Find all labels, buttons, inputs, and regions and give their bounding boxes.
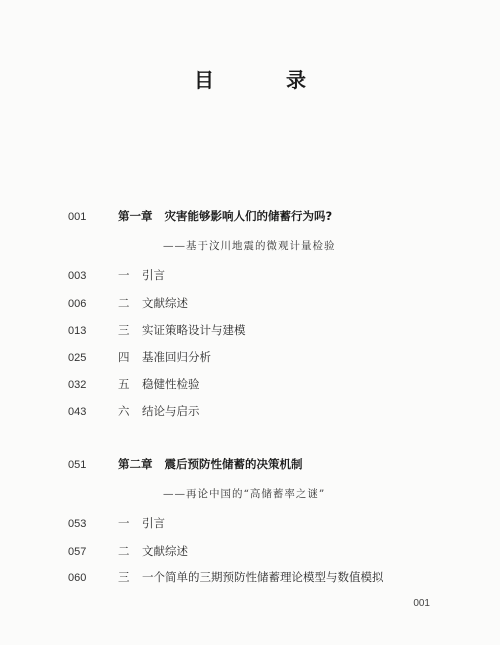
toc-section[interactable]: 013三实证策略设计与建模 [68,321,246,339]
toc-chapter-1[interactable]: 001第一章灾害能够影响人们的储蓄行为吗? [68,207,332,225]
toc-section[interactable]: 032五稳健性检验 [68,375,200,393]
section-number: 六 [118,402,142,420]
chapter-label: 第一章 [118,209,153,223]
section-number: 三 [118,321,142,339]
toc-section[interactable]: 060三一个简单的三期预防性储蓄理论模型与数值模拟 [68,568,384,586]
page-number: 053 [68,515,118,533]
page-number: 013 [68,322,118,340]
footer-page-number: 001 [413,598,430,609]
page-number: 060 [68,569,118,587]
page-number: 025 [68,349,118,367]
section-number: 一 [118,266,142,284]
page-number: 043 [68,403,118,421]
section-number: 一 [118,514,142,532]
toc-section[interactable]: 057二文献综述 [68,542,188,560]
chapter-title: 震后预防性储蓄的决策机制 [165,457,303,471]
chapter-label: 第二章 [118,457,153,471]
toc-section[interactable]: 006二文献综述 [68,294,188,312]
chapter-title: 灾害能够影响人们的储蓄行为吗? [165,209,333,223]
chapter-subtitle: ——基于汶川地震的微观计量检验 [163,238,336,253]
toc-section[interactable]: 053一引言 [68,514,165,532]
section-title: 文献综述 [142,544,188,558]
page-number: 051 [68,456,118,474]
toc-section[interactable]: 043六结论与启示 [68,402,200,420]
document-page: 目 录 001第一章灾害能够影响人们的储蓄行为吗? ——基于汶川地震的微观计量检… [0,0,500,645]
toc-chapter-2[interactable]: 051第二章震后预防性储蓄的决策机制 [68,455,303,473]
toc-section[interactable]: 003一引言 [68,266,165,284]
page-number: 032 [68,376,118,394]
section-title: 文献综述 [142,296,188,310]
page-number: 057 [68,543,118,561]
section-title: 一个简单的三期预防性储蓄理论模型与数值模拟 [142,570,384,584]
page-number: 003 [68,267,118,285]
section-number: 二 [118,542,142,560]
page-number: 001 [68,208,118,226]
page-number: 006 [68,295,118,313]
section-title: 基准回归分析 [142,350,211,364]
section-title: 稳健性检验 [142,377,200,391]
section-title: 结论与启示 [142,404,200,418]
section-number: 二 [118,294,142,312]
section-number: 四 [118,348,142,366]
section-title: 引言 [142,268,165,282]
section-number: 五 [118,375,142,393]
section-number: 三 [118,568,142,586]
section-title: 实证策略设计与建模 [142,323,246,337]
chapter-subtitle: ——再论中国的“高储蓄率之谜” [163,486,325,501]
page-title: 目 录 [0,64,500,93]
toc-section[interactable]: 025四基准回归分析 [68,348,211,366]
section-title: 引言 [142,516,165,530]
